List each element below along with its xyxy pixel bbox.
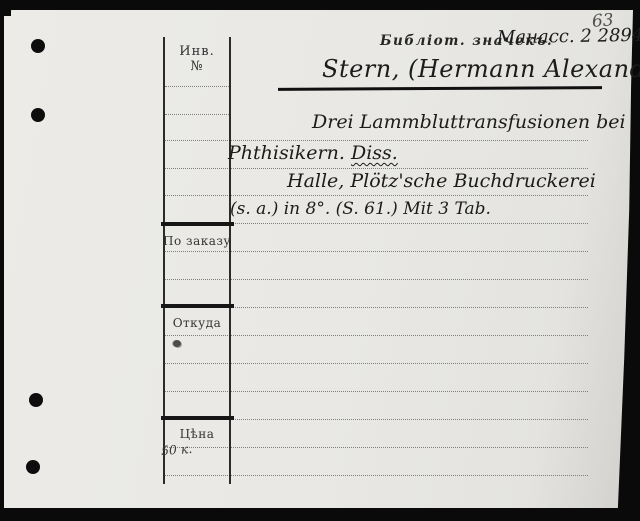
author-heading: Stern, (Hermann Alexander) <box>322 55 640 83</box>
hole-punch <box>31 39 45 53</box>
title-line-2-text: Phthisikern. <box>228 142 345 164</box>
title-line-1: Drei Lammbluttransfusionen bei <box>312 111 626 133</box>
section-divider <box>161 222 234 226</box>
hole-punch <box>31 108 45 122</box>
inventory-label-line1: Инв. <box>163 44 231 59</box>
inventory-label-line2: № <box>163 59 231 74</box>
price-label: Цѣна <box>163 427 231 441</box>
section-divider <box>161 416 234 420</box>
order-label: По заказу <box>163 234 231 248</box>
title-line-2: Phthisikern. Diss. <box>228 142 398 164</box>
hole-punch <box>26 460 40 474</box>
corner-number-pencil: 63 <box>591 10 614 31</box>
imprint-line: Halle, Plötz'sche Buchdruckerei <box>287 170 596 192</box>
library-stamp-value: Манасс. 2 2894. <box>497 25 640 49</box>
hole-punch <box>29 393 43 407</box>
dissertation-abbrev: Diss. <box>351 142 398 164</box>
paper-card <box>4 10 633 508</box>
price-value-handwritten: 50 к. <box>161 441 193 458</box>
section-divider <box>161 304 234 308</box>
origin-stamp-mark <box>173 340 181 347</box>
origin-label: Откуда <box>163 316 231 330</box>
collation-line: (s. a.) in 8°. (S. 61.) Mit 3 Tab. <box>230 199 491 219</box>
scanned-catalog-card: Инв. № По заказу Откуда Цѣна 50 к. Библі… <box>0 0 640 521</box>
scan-edge-notch <box>0 8 11 16</box>
